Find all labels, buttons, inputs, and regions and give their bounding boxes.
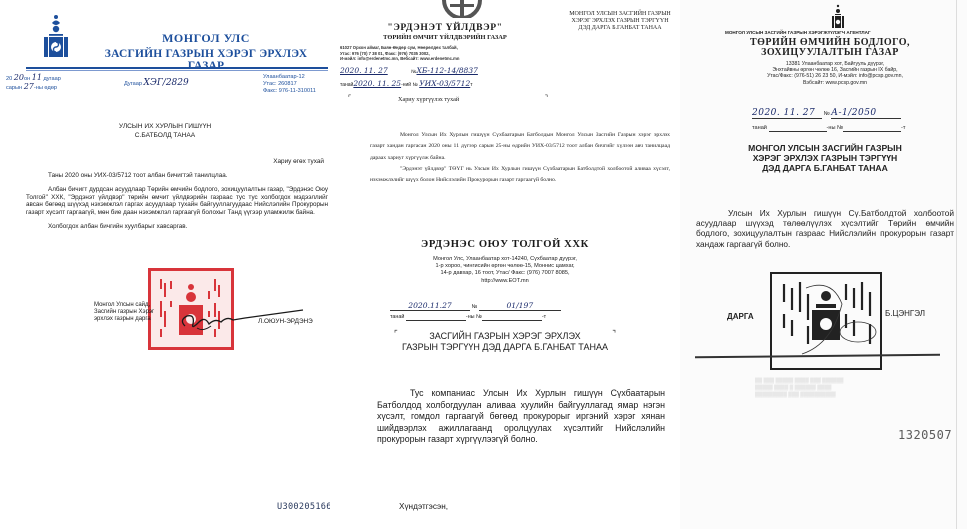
addressee: УЛСЫН ИХ ХУРЛЫН ГИШҮҮН С.БАТБОЛД ТАНАА bbox=[60, 122, 270, 140]
letter-subject: Хариу өгөх тухай bbox=[273, 158, 324, 165]
agency-line: МОНГОЛ УЛСЫН ЗАСГИЙН ГАЗРЫН ХЭРЭГЖҮҮЛЭГЧ… bbox=[725, 30, 871, 35]
letter-erdenet-and-oyu-tolgoi: "ЭРДЭНЭТ ҮЙЛДВЭР" ТӨРИЙН ӨМЧИТ ҮЙЛДВЭРИЙ… bbox=[330, 0, 680, 529]
oyu-tolgoi-addressee: ⌜⌝ ЗАСГИЙН ГАЗРЫН ХЭРЭГ ЭРХЛЭХ ГАЗРЫН ТЭ… bbox=[370, 331, 640, 353]
letterhead-title: МОНГОЛ УЛС ЗАСГИЙН ГАЗРЫН ХЭРЭГ ЭРХЛЭХ Г… bbox=[86, 31, 326, 72]
letter-cabinet-secretariat: МОНГОЛ УЛС ЗАСГИЙН ГАЗРЫН ХЭРЭГ ЭРХЛЭХ Г… bbox=[0, 0, 330, 529]
erdenet-address: 61027 Орхон аймаг, Баян-Өндөр сум, Нөөрө… bbox=[340, 45, 560, 62]
agency-title: ТӨРИЙН ӨМЧИЙН БОДЛОГО, ЗОХИЦУУЛАЛТЫН ГАЗ… bbox=[740, 38, 920, 58]
signer-name: Л.ОЮУН-ЭРДЭНЭ bbox=[258, 318, 313, 325]
soyombo-emblem-icon bbox=[44, 14, 68, 58]
letter-state-property-agency: МОНГОЛ УЛСЫН ЗАСГИЙН ГАЗРЫН ХЭРЭГЖҮҮЛЭГЧ… bbox=[680, 0, 967, 529]
agency-your-ref: танай -ны № -т bbox=[752, 125, 905, 132]
oyu-tolgoi-date-number: 2020.11.27 № 01/197 bbox=[390, 301, 561, 311]
bleed-through-text: ▒▒ ▒▒▒ ▒▒▒▒▒ ▒▒▒▒ ▒▒▒ ▒▒▒▒▒▒ ▒▒▒▒▒ ▒▒▒▒ … bbox=[755, 378, 955, 399]
document-barcode-number: 1320507 bbox=[898, 428, 952, 442]
oyu-tolgoi-body: Тус компаниас Улсын Их Хурлын гишүүн Сүх… bbox=[377, 388, 665, 446]
erdenet-subject: ⌜ Хариу хүргүүлэх тухай ⌝ bbox=[348, 96, 548, 103]
erdenet-addressee: МОНГОЛ УЛСЫН ЗАСГИЙН ГАЗРЫН ХЭРЭГ ЭРХЛЭХ… bbox=[562, 11, 678, 32]
agency-address: 13381 Улаанбаатар хот, Байгууль дүүрэг, … bbox=[740, 61, 930, 86]
oyu-tolgoi-address: Монгол Улс, Улаанбаатар хот-14240, Сүхба… bbox=[380, 256, 630, 285]
oyu-tolgoi-company-name: ЭРДЭНЭС ОЮУ ТОЛГОЙ ХХК bbox=[380, 239, 630, 250]
oyu-tolgoi-your-ref: танай -ны № -т bbox=[390, 314, 546, 321]
agency-body: Улсын Их Хурлын гишүүн Сү.Батболдтой хол… bbox=[696, 208, 954, 249]
letter-contact: Улаанбаатар-12 Утас: 260817 Факс: 976-11… bbox=[263, 74, 316, 95]
erdenet-body: Монгол Улсын Их Хурлын гишүүн Сүхбаатары… bbox=[370, 130, 670, 186]
soyombo-emblem-icon bbox=[832, 4, 844, 28]
erdenet-logo-icon bbox=[438, 0, 486, 18]
signer-title: Монгол Улсын сайд, Засгийн газрын Хэрэг … bbox=[94, 302, 154, 324]
oyu-tolgoi-closing: Хүндэтгэсэн, bbox=[399, 502, 448, 511]
letterhead-divider-thin bbox=[26, 70, 328, 71]
agency-addressee: МОНГОЛ УЛСЫН ЗАСГИЙН ГАЗРЫН ХЭРЭГ ЭРХЛЭХ… bbox=[720, 143, 930, 173]
letter-date: 20 20он 11 дугаар сарын 27-ны өдөр bbox=[6, 74, 61, 92]
signer-name: Б.ЦЭНГЭЛ bbox=[885, 309, 925, 318]
agency-date-number: 2020. 11. 27 № А-1/2050 bbox=[752, 108, 901, 119]
signer-position: ДАРГА bbox=[727, 312, 754, 321]
letter-body: Таны 2020 оны УИХ-03/5712 тоот албан бич… bbox=[26, 172, 328, 237]
erdenet-your-ref: танай2020. 11. 25-ний № УИХ-03/5712т bbox=[340, 79, 473, 88]
letterhead-divider bbox=[26, 67, 328, 69]
erdenet-date-number: 2020. 11. 27 №ХБ-112-14/8837 bbox=[340, 66, 478, 75]
erdenet-letterhead: "ЭРДЭНЭТ ҮЙЛДВЭР" ТӨРИЙН ӨМЧИТ ҮЙЛДВЭРИЙ… bbox=[330, 22, 560, 41]
letter-number: Дугаар ХЭГ/2829 bbox=[124, 80, 189, 88]
